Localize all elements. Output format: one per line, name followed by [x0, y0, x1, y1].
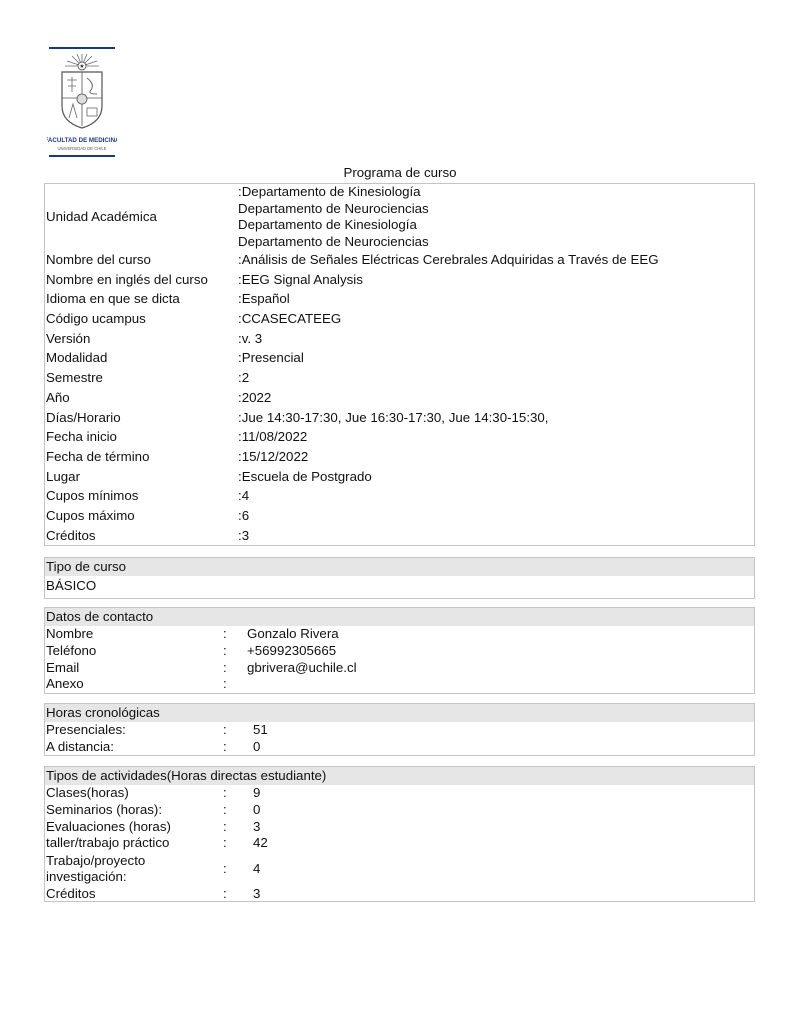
field-value: :Departamento de Kinesiología — [238, 184, 754, 201]
field-row: Modalidad:Presencial — [45, 348, 754, 368]
field-row: Lugar:Escuela de Postgrado — [45, 467, 754, 487]
field-row: Créditos:3 — [45, 526, 754, 546]
row-separator: : — [223, 626, 247, 643]
row-label: Teléfono — [45, 643, 223, 660]
key-value-row: taller/trabajo práctico:42 — [45, 835, 754, 852]
key-value-row: Anexo: — [45, 676, 754, 693]
field-value: Departamento de Kinesiología — [238, 217, 754, 234]
field-label: Año — [45, 388, 238, 408]
field-value: :3 — [238, 526, 754, 546]
field-value: Departamento de Neurociencias — [238, 234, 754, 251]
unidad-academica-row: Unidad Académica :Departamento de Kinesi… — [45, 184, 754, 250]
field-value: :EEG Signal Analysis — [238, 270, 754, 290]
field-value: :Análisis de Señales Eléctricas Cerebral… — [238, 250, 754, 270]
row-label: Anexo — [45, 676, 223, 693]
section-header: Tipos de actividades(Horas directas estu… — [45, 767, 754, 785]
row-label: Evaluaciones (horas) — [45, 819, 223, 836]
field-label: Versión — [45, 329, 238, 349]
field-label: Código ucampus — [45, 309, 238, 329]
field-row: Cupos máximo:6 — [45, 506, 754, 526]
field-row: Código ucampus:CCASECATEEG — [45, 309, 754, 329]
row-separator: : — [223, 739, 253, 756]
row-value: 4 — [253, 861, 754, 878]
field-value: :11/08/2022 — [238, 427, 754, 447]
field-row: Año:2022 — [45, 388, 754, 408]
field-row: Fecha inicio:11/08/2022 — [45, 427, 754, 447]
tipo-curso-section: Tipo de curso BÁSICO — [44, 557, 755, 599]
row-label: Clases(horas) — [45, 785, 223, 802]
field-label: Nombre en inglés del curso — [45, 270, 238, 290]
row-label: taller/trabajo práctico — [45, 835, 223, 852]
field-value: :6 — [238, 506, 754, 526]
field-value: :CCASECATEEG — [238, 309, 754, 329]
svg-text:UNIVERSIDAD DE CHILE: UNIVERSIDAD DE CHILE — [57, 146, 106, 151]
row-separator: : — [223, 819, 253, 836]
key-value-row: Teléfono:+56992305665 — [45, 643, 754, 660]
field-label: Fecha de término — [45, 447, 238, 467]
field-value: :Español — [238, 289, 754, 309]
row-separator: : — [223, 785, 253, 802]
svg-text:★: ★ — [79, 63, 84, 70]
university-crest-icon: ★ FACULTAD DE MEDICINA UNIVERSIDAD DE CH… — [47, 46, 117, 158]
faculty-logo: ★ FACULTAD DE MEDICINA UNIVERSIDAD DE CH… — [47, 46, 117, 158]
row-separator: : — [223, 835, 253, 852]
row-separator: : — [223, 722, 253, 739]
field-row: Nombre del curso:Análisis de Señales Elé… — [45, 250, 754, 270]
field-value: :2 — [238, 368, 754, 388]
row-value: +56992305665 — [247, 643, 754, 660]
general-rows: Nombre del curso:Análisis de Señales Elé… — [45, 250, 754, 545]
field-row: Versión:v. 3 — [45, 329, 754, 349]
field-value: :15/12/2022 — [238, 447, 754, 467]
row-separator: : — [223, 802, 253, 819]
key-value-row: Presenciales::51 — [45, 722, 754, 739]
field-label: Nombre del curso — [45, 250, 238, 270]
field-value: :Presencial — [238, 348, 754, 368]
page-title: Programa de curso — [0, 165, 800, 181]
row-separator: : — [223, 660, 247, 677]
key-value-row: Clases(horas):9 — [45, 785, 754, 802]
field-label: Días/Horario — [45, 408, 238, 428]
field-value: :4 — [238, 486, 754, 506]
row-separator: : — [223, 676, 247, 693]
row-value: 42 — [253, 835, 754, 852]
field-row: Nombre en inglés del curso:EEG Signal An… — [45, 270, 754, 290]
row-label: Trabajo/proyecto investigación: — [45, 853, 166, 886]
field-label: Fecha inicio — [45, 427, 238, 447]
field-value: :Jue 14:30-17:30, Jue 16:30-17:30, Jue 1… — [238, 408, 754, 428]
field-label: Créditos — [45, 526, 238, 546]
row-label: Seminarios (horas): — [45, 802, 223, 819]
row-label: Presenciales: — [45, 722, 223, 739]
row-value: 3 — [253, 886, 754, 903]
field-row: Cupos mínimos:4 — [45, 486, 754, 506]
tipo-curso-value: BÁSICO — [45, 576, 754, 596]
field-label: Semestre — [45, 368, 238, 388]
row-label: Créditos — [45, 886, 223, 903]
field-label: Cupos mínimos — [45, 486, 238, 506]
key-value-row: Nombre:Gonzalo Rivera — [45, 626, 754, 643]
row-separator: : — [223, 643, 247, 660]
row-value — [247, 676, 754, 693]
key-value-row: Créditos:3 — [45, 886, 754, 903]
field-label: Modalidad — [45, 348, 238, 368]
row-value: Gonzalo Rivera — [247, 626, 754, 643]
field-label: Cupos máximo — [45, 506, 238, 526]
key-value-row: Email:gbrivera@uchile.cl — [45, 660, 754, 677]
key-value-row: A distancia::0 — [45, 739, 754, 756]
key-value-row: Evaluaciones (horas):3 — [45, 819, 754, 836]
row-value: 0 — [253, 739, 754, 756]
section-header: Horas cronológicas — [45, 704, 754, 722]
actividades-section: Tipos de actividades(Horas directas estu… — [44, 766, 755, 902]
field-label: Idioma en que se dicta — [45, 289, 238, 309]
row-label: A distancia: — [45, 739, 223, 756]
row-value: 9 — [253, 785, 754, 802]
row-label: Nombre — [45, 626, 223, 643]
field-row: Idioma en que se dicta:Español — [45, 289, 754, 309]
svg-text:FACULTAD DE MEDICINA: FACULTAD DE MEDICINA — [47, 137, 117, 144]
contacto-section: Datos de contacto Nombre:Gonzalo RiveraT… — [44, 607, 755, 694]
field-row: Semestre:2 — [45, 368, 754, 388]
field-value: :2022 — [238, 388, 754, 408]
row-label: Email — [45, 660, 223, 677]
row-value: 3 — [253, 819, 754, 836]
course-general-info: Unidad Académica :Departamento de Kinesi… — [44, 183, 755, 546]
section-header: Tipo de curso — [45, 558, 754, 576]
field-value: :v. 3 — [238, 329, 754, 349]
section-header: Datos de contacto — [45, 608, 754, 626]
field-value: :Escuela de Postgrado — [238, 467, 754, 487]
key-value-row: Trabajo/proyecto investigación::4 — [45, 852, 754, 886]
row-separator: : — [223, 861, 253, 878]
field-label: Unidad Académica — [45, 184, 238, 250]
field-value: Departamento de Neurociencias — [238, 201, 754, 218]
key-value-row: Seminarios (horas)::0 — [45, 802, 754, 819]
row-value: 0 — [253, 802, 754, 819]
row-value: gbrivera@uchile.cl — [247, 660, 754, 677]
horas-section: Horas cronológicas Presenciales::51A dis… — [44, 703, 755, 756]
field-row: Días/Horario:Jue 14:30-17:30, Jue 16:30-… — [45, 408, 754, 428]
row-separator: : — [223, 886, 253, 903]
unidad-values: :Departamento de Kinesiología Departamen… — [238, 184, 754, 250]
field-row: Fecha de término:15/12/2022 — [45, 447, 754, 467]
field-label: Lugar — [45, 467, 238, 487]
row-value: 51 — [253, 722, 754, 739]
